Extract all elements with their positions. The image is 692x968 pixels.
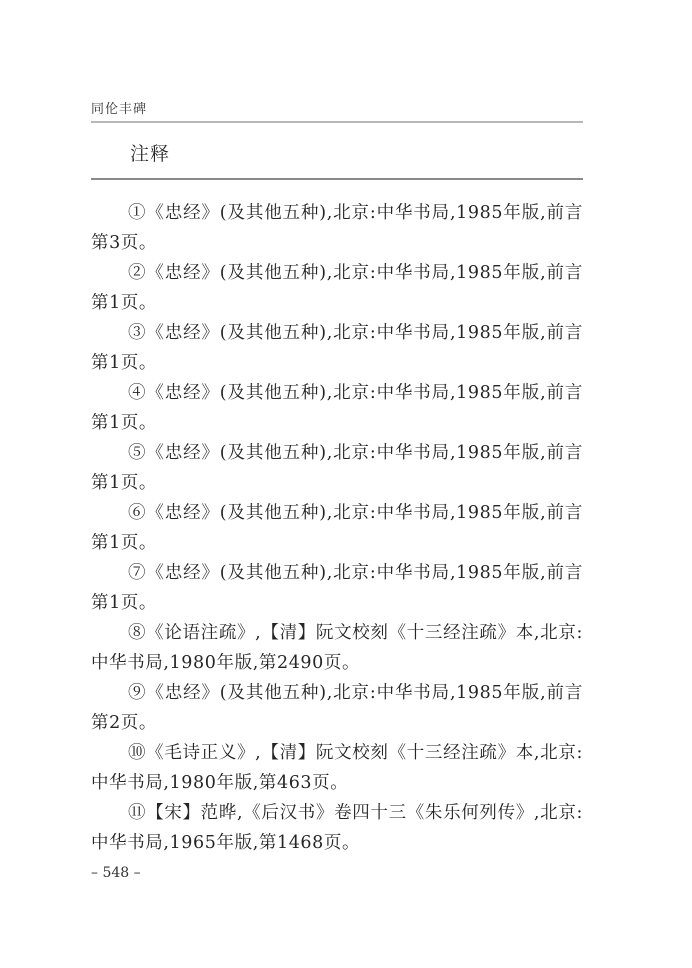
note-item: ①《忠经》(及其他五种),北京:中华书局,1985年版,前言第3页。 bbox=[91, 198, 583, 258]
section-title-rule bbox=[91, 178, 583, 180]
note-marker: ⑦ bbox=[128, 563, 146, 583]
document-page: 同伦丰碑 注释 ①《忠经》(及其他五种),北京:中华书局,1985年版,前言第3… bbox=[0, 0, 692, 968]
note-text: 《忠经》(及其他五种),北京:中华书局,1985年版,前言第2页。 bbox=[91, 683, 583, 733]
note-marker: ⑩ bbox=[128, 743, 146, 763]
running-head: 同伦丰碑 bbox=[91, 102, 147, 118]
note-text: 《忠经》(及其他五种),北京:中华书局,1985年版,前言第1页。 bbox=[91, 563, 583, 613]
note-text: 《毛诗正义》,【清】阮文校刻《十三经注疏》本,北京:中华书局,1980年版,第4… bbox=[91, 743, 583, 793]
note-item: ⑦《忠经》(及其他五种),北京:中华书局,1985年版,前言第1页。 bbox=[91, 558, 583, 618]
note-marker: ⑪ bbox=[128, 803, 146, 823]
note-text: 《忠经》(及其他五种),北京:中华书局,1985年版,前言第1页。 bbox=[91, 443, 583, 493]
note-item: ④《忠经》(及其他五种),北京:中华书局,1985年版,前言第1页。 bbox=[91, 378, 583, 438]
note-text: 《忠经》(及其他五种),北京:中华书局,1985年版,前言第3页。 bbox=[91, 203, 583, 253]
note-item: ⑪【宋】范晔,《后汉书》卷四十三《朱乐何列传》,北京:中华书局,1965年版,第… bbox=[91, 798, 583, 858]
note-text: 【宋】范晔,《后汉书》卷四十三《朱乐何列传》,北京:中华书局,1965年版,第1… bbox=[91, 803, 583, 853]
note-marker: ① bbox=[128, 203, 146, 223]
note-marker: ② bbox=[128, 263, 146, 283]
note-text: 《忠经》(及其他五种),北京:中华书局,1985年版,前言第1页。 bbox=[91, 383, 583, 433]
note-item: ⑤《忠经》(及其他五种),北京:中华书局,1985年版,前言第1页。 bbox=[91, 438, 583, 498]
note-text: 《忠经》(及其他五种),北京:中华书局,1985年版,前言第1页。 bbox=[91, 323, 583, 373]
notes-list: ①《忠经》(及其他五种),北京:中华书局,1985年版,前言第3页。 ②《忠经》… bbox=[91, 198, 583, 858]
note-text: 《论语注疏》,【清】阮文校刻《十三经注疏》本,北京:中华书局,1980年版,第2… bbox=[91, 623, 583, 673]
header-rule bbox=[91, 121, 583, 123]
note-marker: ⑤ bbox=[128, 443, 146, 463]
section-title: 注释 bbox=[130, 142, 170, 166]
note-marker: ④ bbox=[128, 383, 146, 403]
note-text: 《忠经》(及其他五种),北京:中华书局,1985年版,前言第1页。 bbox=[91, 503, 583, 553]
page-number: – 548 – bbox=[91, 864, 141, 882]
note-marker: ⑥ bbox=[128, 503, 146, 523]
note-item: ⑩《毛诗正义》,【清】阮文校刻《十三经注疏》本,北京:中华书局,1980年版,第… bbox=[91, 738, 583, 798]
note-item: ②《忠经》(及其他五种),北京:中华书局,1985年版,前言第1页。 bbox=[91, 258, 583, 318]
note-marker: ⑧ bbox=[128, 623, 146, 643]
note-marker: ③ bbox=[128, 323, 146, 343]
note-text: 《忠经》(及其他五种),北京:中华书局,1985年版,前言第1页。 bbox=[91, 263, 583, 313]
note-item: ⑥《忠经》(及其他五种),北京:中华书局,1985年版,前言第1页。 bbox=[91, 498, 583, 558]
note-item: ⑧《论语注疏》,【清】阮文校刻《十三经注疏》本,北京:中华书局,1980年版,第… bbox=[91, 618, 583, 678]
note-item: ③《忠经》(及其他五种),北京:中华书局,1985年版,前言第1页。 bbox=[91, 318, 583, 378]
note-marker: ⑨ bbox=[128, 683, 146, 703]
note-item: ⑨《忠经》(及其他五种),北京:中华书局,1985年版,前言第2页。 bbox=[91, 678, 583, 738]
